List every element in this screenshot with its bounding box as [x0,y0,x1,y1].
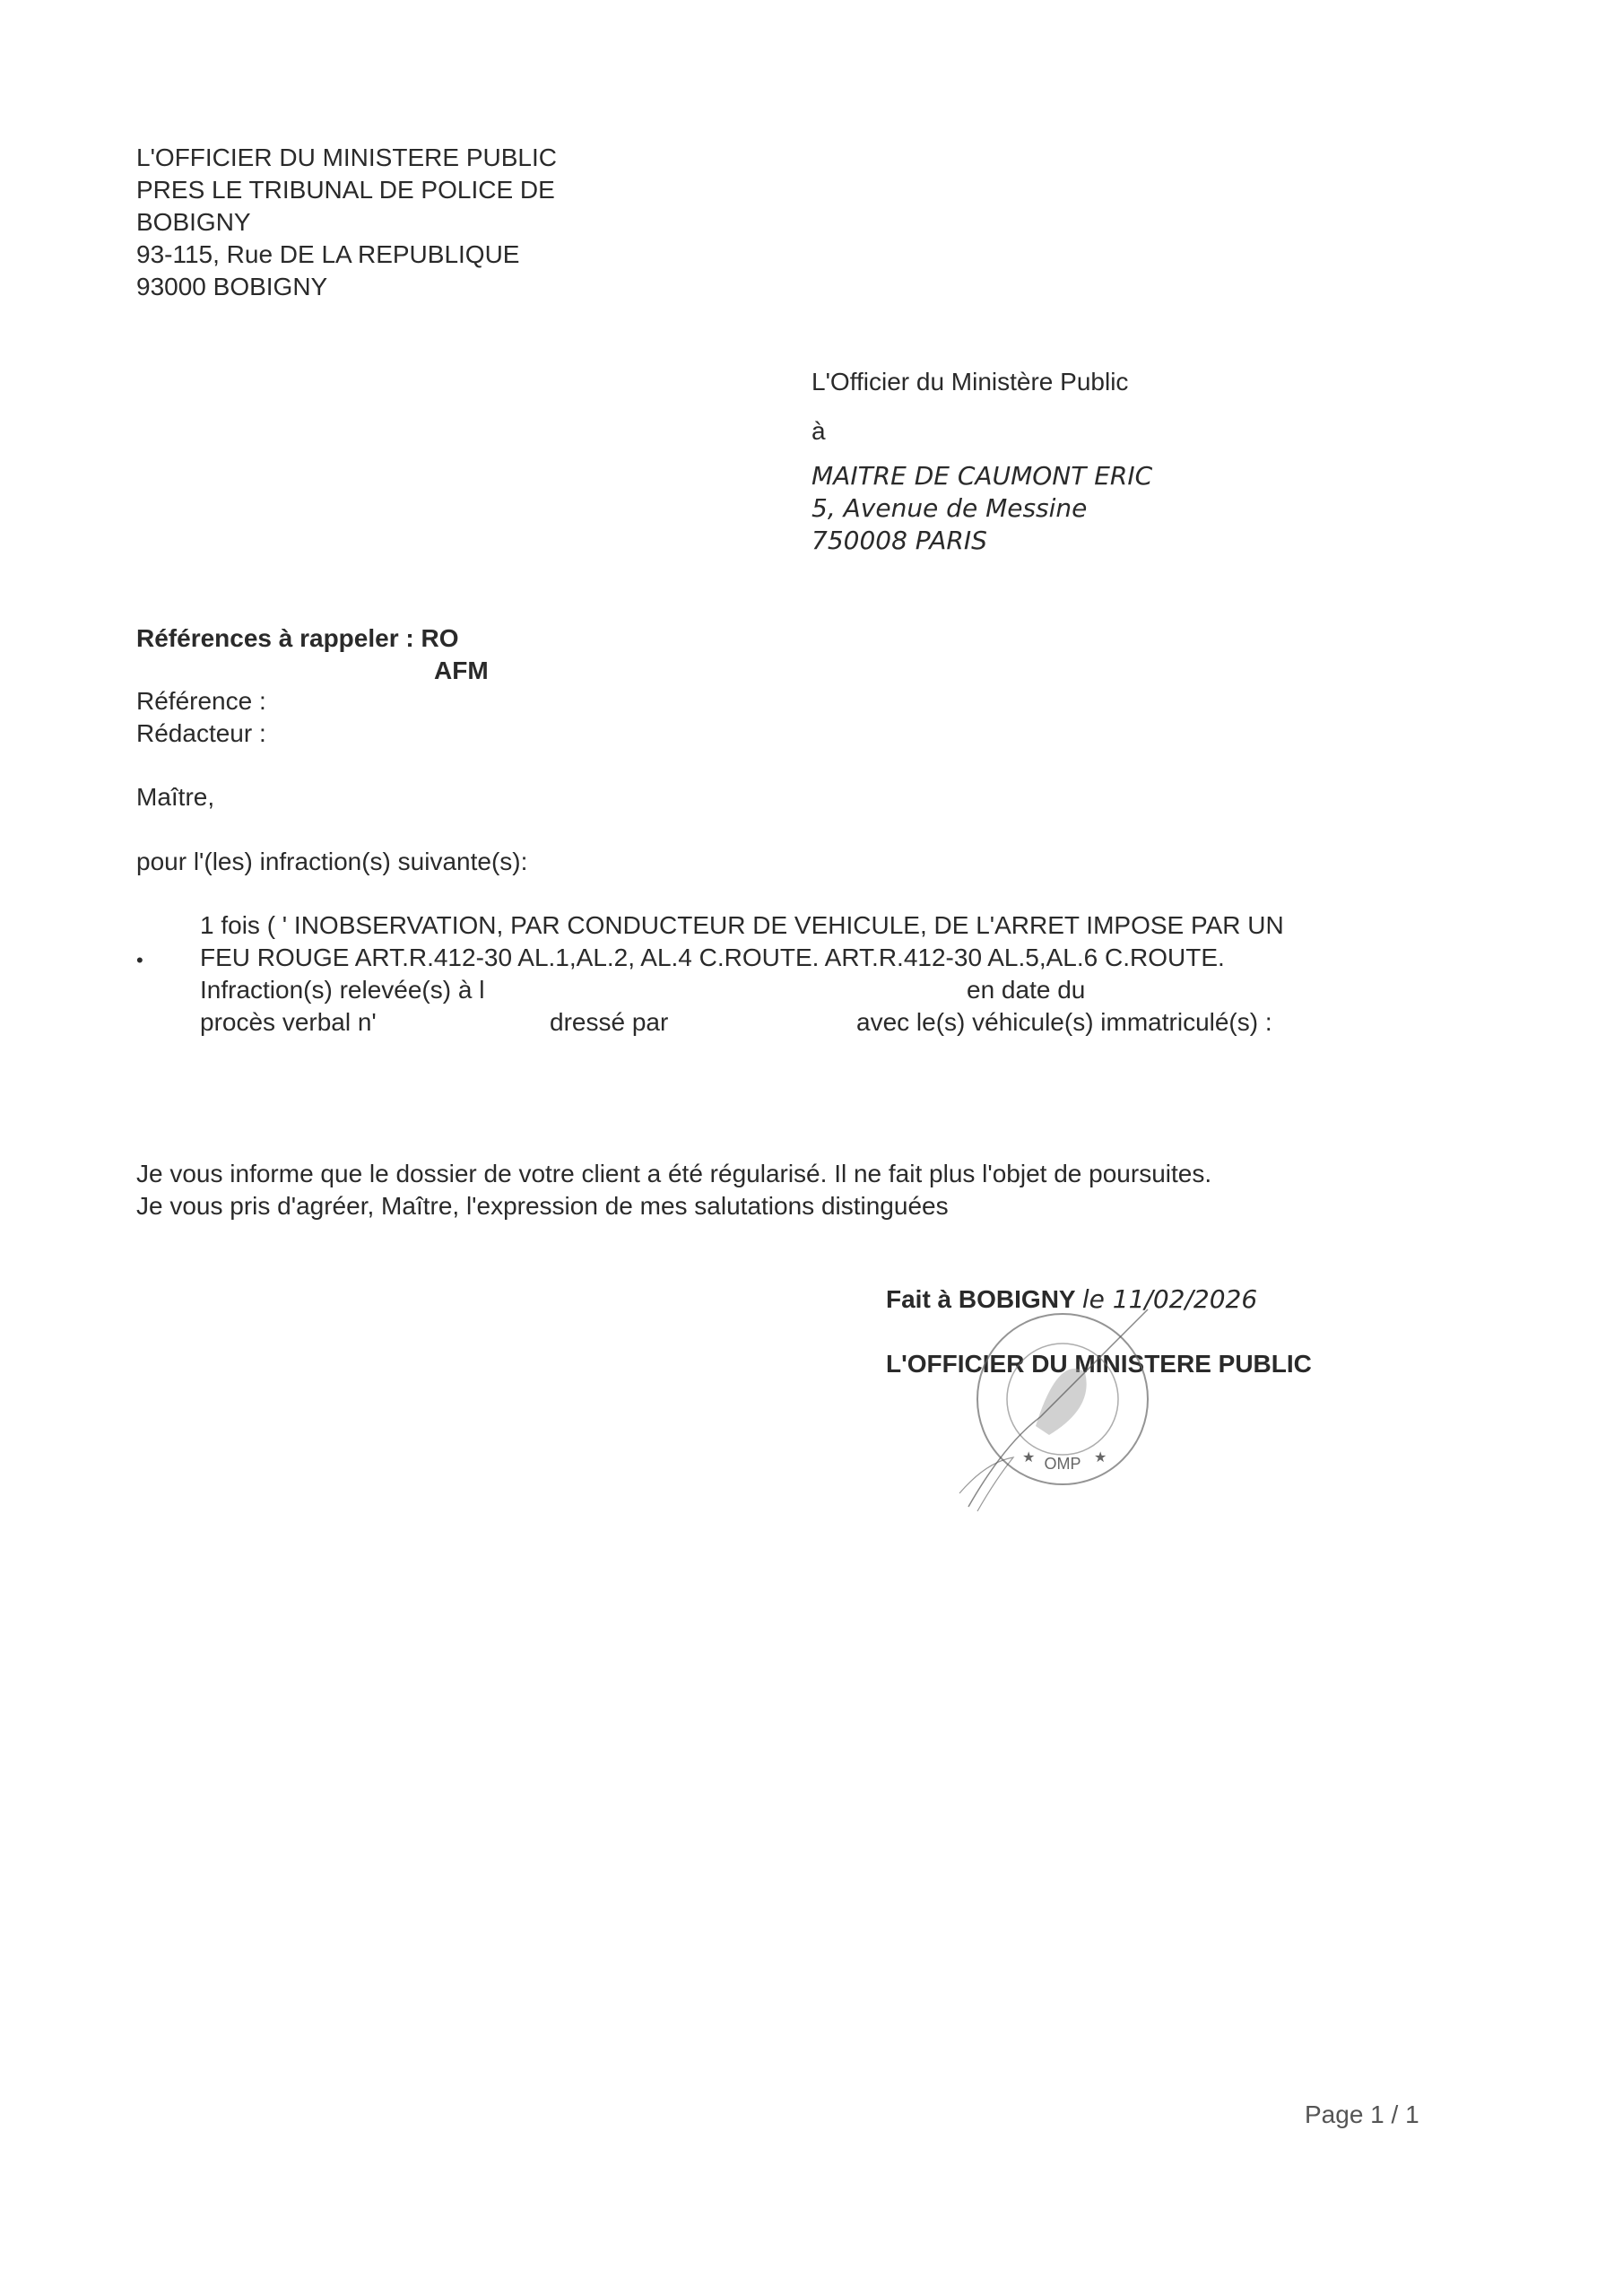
infraction-releve: Infraction(s) relevée(s) à l [200,976,484,1004]
references-label: Références à rappeler : RO [136,624,459,653]
salutation: Maître, [136,783,214,812]
addressee-city: 750008 PARIS [811,525,1152,557]
sender-line: 93000 BOBIGNY [136,271,557,303]
infraction-date: en date du [967,976,1085,1004]
infraction-line-2: FEU ROUGE ART.R.412-30 AL.1,AL.2, AL.4 C… [200,944,1225,972]
page-number: Page 1 / 1 [1305,2100,1419,2129]
addressee-street: 5, Avenue de Messine [811,492,1152,525]
sender-line: L'OFFICIER DU MINISTERE PUBLIC [136,142,557,174]
infraction-pv: procès verbal n' [200,1008,377,1037]
reference-label: Référence : [136,687,266,716]
body-line-1: Je vous informe que le dossier de votre … [136,1160,1211,1188]
sender-line: 93-115, Rue DE LA REPUBLIQUE [136,239,557,271]
from-line: L'Officier du Ministère Public [811,368,1128,396]
stamp-label: OMP [1044,1455,1081,1473]
references-afm: AFM [434,657,489,685]
body-line-2: Je vous pris d'agréer, Maître, l'express… [136,1192,949,1221]
to-word: à [811,417,826,446]
svg-text:★: ★ [1094,1450,1107,1465]
bullet-icon: • [136,949,143,972]
sender-line: BOBIGNY [136,206,557,239]
addressee-name: MAITRE DE CAUMONT ERIC [811,460,1152,492]
sender-address: L'OFFICIER DU MINISTERE PUBLIC PRES LE T… [136,142,557,303]
redacteur-label: Rédacteur : [136,719,266,748]
infraction-dresse: dressé par [550,1008,668,1037]
addressee-address: MAITRE DE CAUMONT ERIC 5, Avenue de Mess… [811,460,1152,557]
official-stamp-icon: OMP ★ ★ [950,1300,1166,1516]
svg-text:★: ★ [1022,1450,1035,1465]
infractions-intro: pour l'(les) infraction(s) suivante(s): [136,848,527,876]
infraction-line-1: 1 fois ( ' INOBSERVATION, PAR CONDUCTEUR… [200,911,1284,940]
infraction-vehicule: avec le(s) véhicule(s) immatriculé(s) : [856,1008,1272,1037]
sender-line: PRES LE TRIBUNAL DE POLICE DE [136,174,557,206]
